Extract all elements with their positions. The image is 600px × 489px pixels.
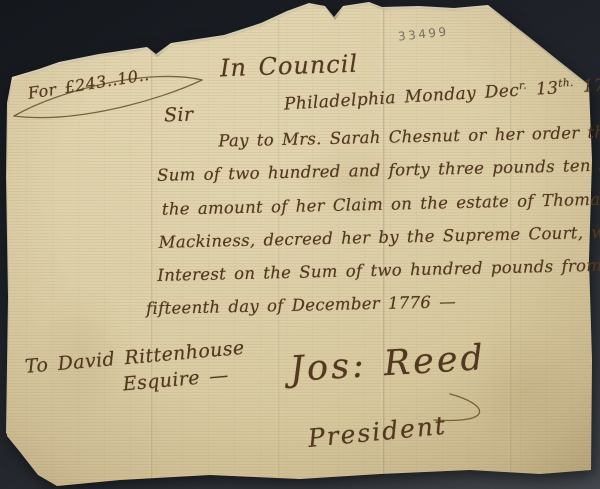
handwriting-layer: For £243..10.. 33499 In Council Philadel… (0, 0, 600, 489)
archival-photo: For £243..10.. 33499 In Council Philadel… (0, 0, 600, 489)
dateline-daynum: 13 (527, 78, 559, 100)
dateline: Philadelphia Monday Decr. 13th. 1779 (283, 74, 600, 115)
catalog-number-pencil: 33499 (397, 24, 449, 43)
signature: Jos: Reed (289, 338, 487, 390)
addressee-block: To David Rittenhouse Esquire — (24, 337, 248, 404)
salutation: Sir (164, 103, 194, 126)
dateline-place-day: Philadelphia Monday Dec (283, 81, 519, 115)
signature-title: President (307, 411, 448, 453)
council-heading: In Council (220, 50, 359, 83)
dateline-year: 1779 (573, 74, 600, 97)
dateline-ordinal: th. (558, 77, 574, 90)
letter-body: Pay to Mrs. Sarah Chesnut or her order t… (152, 114, 600, 325)
